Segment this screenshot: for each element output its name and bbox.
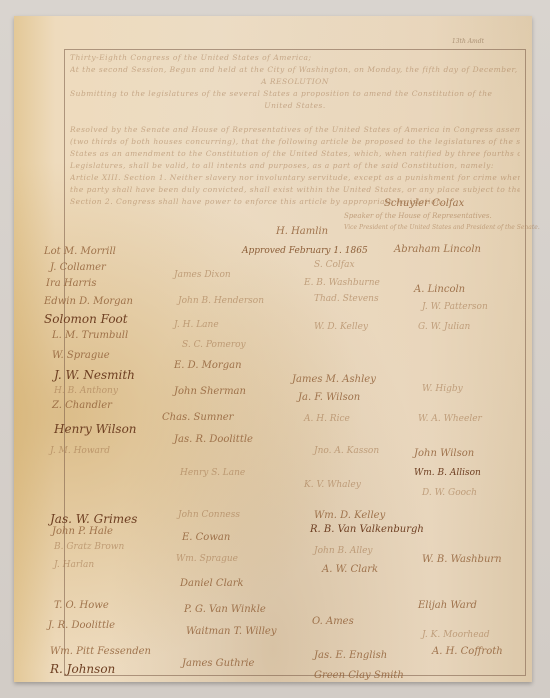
resolution-title: A RESOLUTION (70, 76, 520, 88)
signature: Daniel Clark (180, 578, 244, 589)
signature: Thad. Stevens (314, 294, 379, 304)
signature: Z. Chandler (52, 400, 112, 411)
signature: Lot M. Morrill (44, 246, 116, 257)
signature: John B. Alley (314, 546, 372, 556)
signature: A. H. Rice (304, 414, 350, 424)
signature: R. Johnson (50, 662, 115, 676)
signature: J. H. Lane (174, 320, 219, 330)
speaker-signature: Schuyler Colfax (384, 198, 464, 209)
signature: K. V. Whaley (304, 480, 361, 490)
signature: W. A. Wheeler (418, 414, 482, 424)
signature: O. Ames (312, 616, 354, 627)
signature: J. K. Moorhead (422, 630, 490, 640)
signature: L. M. Trumbull (52, 330, 128, 341)
header-line: United States. (70, 100, 520, 112)
signature: B. Gratz Brown (54, 542, 124, 552)
vp-signature: H. Hamlin (276, 226, 328, 237)
signature: John B. Henderson (178, 296, 264, 306)
header-line: Thirty-Eighth Congress of the United Sta… (70, 52, 520, 64)
signature: W. Sprague (52, 350, 110, 361)
signature: Jas. R. Doolittle (174, 434, 253, 445)
body-line: Legislatures, shall be valid, to all int… (70, 160, 520, 172)
approval-note: Approved February 1. 1865 (242, 246, 368, 256)
signature: P. G. Van Winkle (184, 604, 266, 615)
signature: J. M. Howard (50, 446, 110, 456)
signature: Wm. D. Kelley (314, 510, 385, 521)
signature: J. W. Patterson (422, 302, 488, 312)
signature: Solomon Foot (44, 312, 128, 326)
body-line: States as an amendment to the Constituti… (70, 148, 520, 160)
body-line: Article XIII. Section 1. Neither slavery… (70, 172, 520, 184)
signature: A. H. Coffroth (432, 646, 503, 657)
vp-title: Vice President of the United States and … (344, 224, 540, 231)
signature: R. B. Van Valkenburgh (310, 524, 424, 535)
speaker-title: Speaker of the House of Representatives. (344, 212, 492, 220)
header-line: At the second Session, Begun and held at… (70, 64, 520, 76)
signature: Wm. Sprague (176, 554, 238, 564)
signature: S. C. Pomeroy (182, 340, 246, 350)
signature: Jno. A. Kasson (314, 446, 379, 456)
signature: Ja. F. Wilson (298, 392, 360, 403)
signature: A. W. Clark (322, 564, 378, 575)
signature: Chas. Sumner (162, 412, 233, 423)
document-sheet: 13th Amdt Thirty-Eighth Congress of the … (14, 16, 532, 682)
signature: John Wilson (414, 448, 474, 459)
signature: Ira Harris (46, 278, 96, 289)
signature: Jas. E. English (314, 650, 387, 661)
signature: Henry Wilson (54, 422, 137, 436)
signature: Elijah Ward (418, 600, 477, 611)
signature: Wm. Pitt Fessenden (50, 646, 151, 657)
signature: Green Clay Smith (314, 670, 404, 681)
signature: James Guthrie (182, 658, 254, 669)
signature: T. O. Howe (54, 600, 109, 611)
header-line: Submitting to the legislatures of the se… (70, 88, 520, 100)
signature: John Sherman (174, 386, 246, 397)
signature: Edwin D. Morgan (44, 296, 133, 307)
signature: Waitman T. Willey (186, 626, 276, 637)
signature: James M. Ashley (292, 374, 376, 385)
archival-note: 13th Amdt (452, 38, 484, 45)
signature: W. B. Washburn (422, 554, 502, 565)
signature: J. W. Nesmith (54, 368, 135, 382)
signature: G. W. Julian (418, 322, 470, 332)
signature: John Conness (178, 510, 240, 520)
signature: H. B. Anthony (54, 386, 118, 396)
signature: Jas. W. Grimes (50, 512, 137, 526)
body-line: Resolved by the Senate and House of Repr… (70, 124, 520, 136)
signature: James Dixon (174, 270, 231, 280)
signature: E. Cowan (182, 532, 230, 543)
signature: J. Harlan (54, 560, 94, 570)
body-line: (two thirds of both houses concurring), … (70, 136, 520, 148)
signature: J. Collamer (50, 262, 106, 273)
signature: W. Higby (422, 384, 463, 394)
signature: S. Colfax (314, 260, 355, 270)
signature: A. Lincoln (414, 284, 465, 295)
signature: W. D. Kelley (314, 322, 368, 332)
signature: E. B. Washburne (304, 278, 380, 288)
body-line: the party shall have been duly convicted… (70, 184, 520, 196)
signature: D. W. Gooch (422, 488, 477, 498)
signature: Henry S. Lane (180, 468, 245, 478)
signature: John P. Hale (52, 526, 113, 537)
resolution-text: Thirty-Eighth Congress of the United Sta… (70, 52, 520, 208)
president-signature: Abraham Lincoln (394, 244, 481, 255)
signature: J. R. Doolittle (48, 620, 115, 631)
signature: Wm. B. Allison (414, 468, 481, 478)
signature: E. D. Morgan (174, 360, 242, 371)
